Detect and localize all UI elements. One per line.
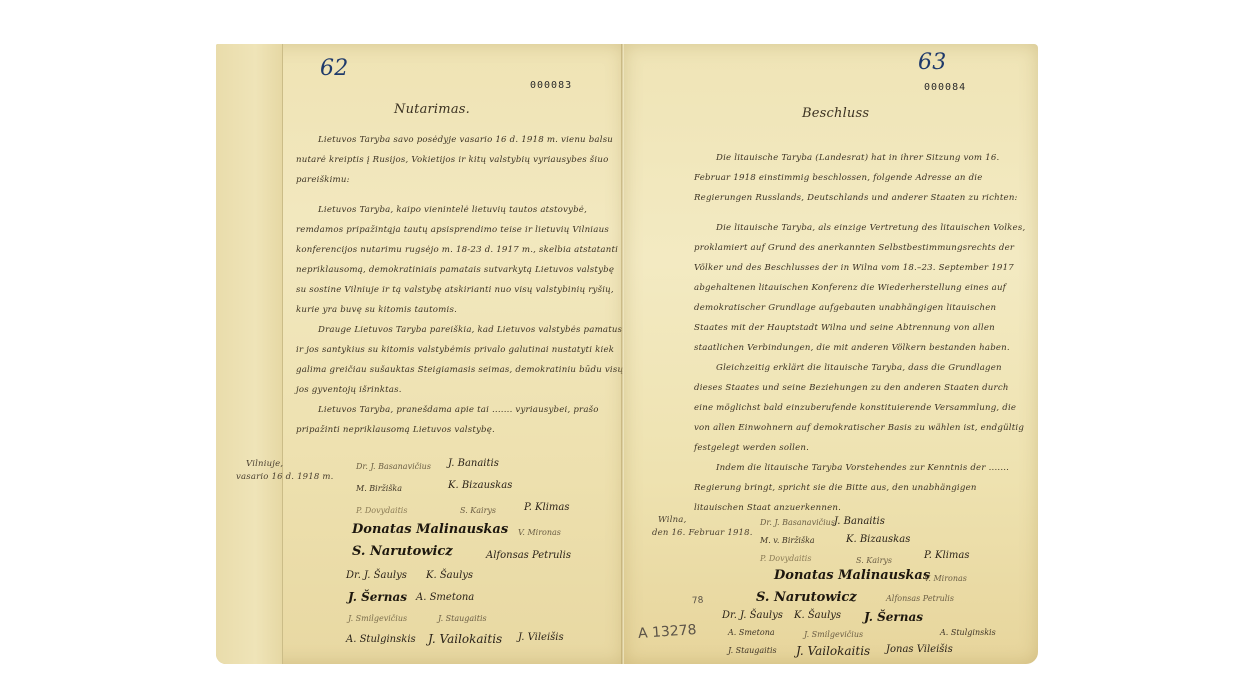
signature: J. Smilgevičius xyxy=(804,630,863,639)
left-paragraph-1: Lietuvos Taryba savo posėdyje vasario 16… xyxy=(296,130,626,190)
signature: J. Šernas xyxy=(864,610,923,624)
signature: J. Smilgevičius xyxy=(348,614,407,623)
right-page-body: Die litauische Taryba (Landesrat) hat in… xyxy=(694,148,1026,518)
signature: P. Dovydaitis xyxy=(760,554,811,563)
signature: V. Mironas xyxy=(924,574,967,583)
signature: A. Smetona xyxy=(416,592,474,603)
signature: S. Kairys xyxy=(856,556,892,565)
left-page-body: Lietuvos Taryba savo posėdyje vasario 16… xyxy=(296,130,626,440)
left-place: Vilniuje, xyxy=(236,458,334,471)
right-paragraph-1: Die litauische Taryba (Landesrat) hat in… xyxy=(694,148,1026,208)
signature: J. Vailokaitis xyxy=(796,644,870,658)
signature: Donatas Malinauskas xyxy=(774,568,930,583)
left-page-number: 62 xyxy=(320,56,348,81)
left-paragraph-2: Lietuvos Taryba, kaipo vienintelė lietuv… xyxy=(296,200,626,320)
signature: J. Staugaitis xyxy=(728,646,777,655)
signature: Jonas Vileišis xyxy=(886,644,953,655)
document-spread: 62 000083 Nutarimas. Lietuvos Taryba sav… xyxy=(216,44,1038,664)
right-page: 63 000084 Beschluss Die litauische Taryb… xyxy=(624,44,1038,664)
signature: K. Šaulys xyxy=(794,610,841,621)
left-stamp-number: 000083 xyxy=(530,80,572,91)
right-stamp-number: 000084 xyxy=(924,82,966,93)
signature: Dr. J. Šaulys xyxy=(722,610,783,621)
signature: Dr. J. Basanavičius xyxy=(356,462,431,471)
signature: J. Vileišis xyxy=(518,632,564,643)
left-page-title: Nutarimas. xyxy=(394,102,470,117)
right-date: den 16. Februar 1918. xyxy=(652,527,753,540)
signature: J. Banaitis xyxy=(448,458,499,469)
signature: K. Bizauskas xyxy=(846,534,910,545)
signature: Alfonsas Petrulis xyxy=(486,550,571,561)
signature: Donatas Malinauskas xyxy=(352,522,508,537)
left-date: vasario 16 d. 1918 m. xyxy=(236,471,334,484)
left-page: 62 000083 Nutarimas. Lietuvos Taryba sav… xyxy=(216,44,624,664)
signature: P. Klimas xyxy=(524,502,570,513)
left-paragraph-4: Lietuvos Taryba, pranešdama apie tai ...… xyxy=(296,400,626,440)
left-page-margin-flap xyxy=(216,44,283,664)
signature: V. Mironas xyxy=(518,528,561,537)
signature: S. Narutowicz xyxy=(352,544,453,559)
signature: Alfonsas Petrulis xyxy=(886,594,954,603)
right-place-date: Wilna, den 16. Februar 1918. xyxy=(652,514,753,540)
signature: Dr. J. Šaulys xyxy=(346,570,407,581)
signature: A. Smetona xyxy=(728,628,775,637)
signature: S. Narutowicz xyxy=(756,590,857,605)
signature: J. Banaitis xyxy=(834,516,885,527)
signature: J. Šernas xyxy=(348,590,407,604)
signature: K. Bizauskas xyxy=(448,480,512,491)
archive-code-superscript: 78 xyxy=(692,596,704,607)
right-paragraph-2: Die litauische Taryba, als einzige Vertr… xyxy=(694,218,1026,358)
right-place: Wilna, xyxy=(652,514,753,527)
signature: M. Biržiška xyxy=(356,484,402,493)
signature: K. Šaulys xyxy=(426,570,473,581)
left-place-date: Vilniuje, vasario 16 d. 1918 m. xyxy=(236,458,334,484)
signature: A. Stulginskis xyxy=(346,634,416,645)
archive-code-text: A 13278 xyxy=(638,622,698,642)
signature: Dr. J. Basanavičius xyxy=(760,518,835,527)
right-page-title: Beschluss xyxy=(802,106,869,121)
signature: A. Stulginskis xyxy=(940,628,996,637)
right-page-number: 63 xyxy=(918,50,946,75)
right-paragraph-3: Gleichzeitig erklärt die litauische Tary… xyxy=(694,358,1026,458)
archive-code: A 13278 xyxy=(638,622,698,642)
signature: S. Kairys xyxy=(460,506,496,515)
signature: M. v. Biržiška xyxy=(760,536,815,545)
left-paragraph-3: Drauge Lietuvos Taryba pareiškia, kad Li… xyxy=(296,320,626,400)
signature: P. Dovydaitis xyxy=(356,506,407,515)
signature: J. Staugaitis xyxy=(438,614,487,623)
signature: P. Klimas xyxy=(924,550,970,561)
signature: J. Vailokaitis xyxy=(428,632,502,646)
right-paragraph-4: Indem die litauische Taryba Vorstehendes… xyxy=(694,458,1026,518)
